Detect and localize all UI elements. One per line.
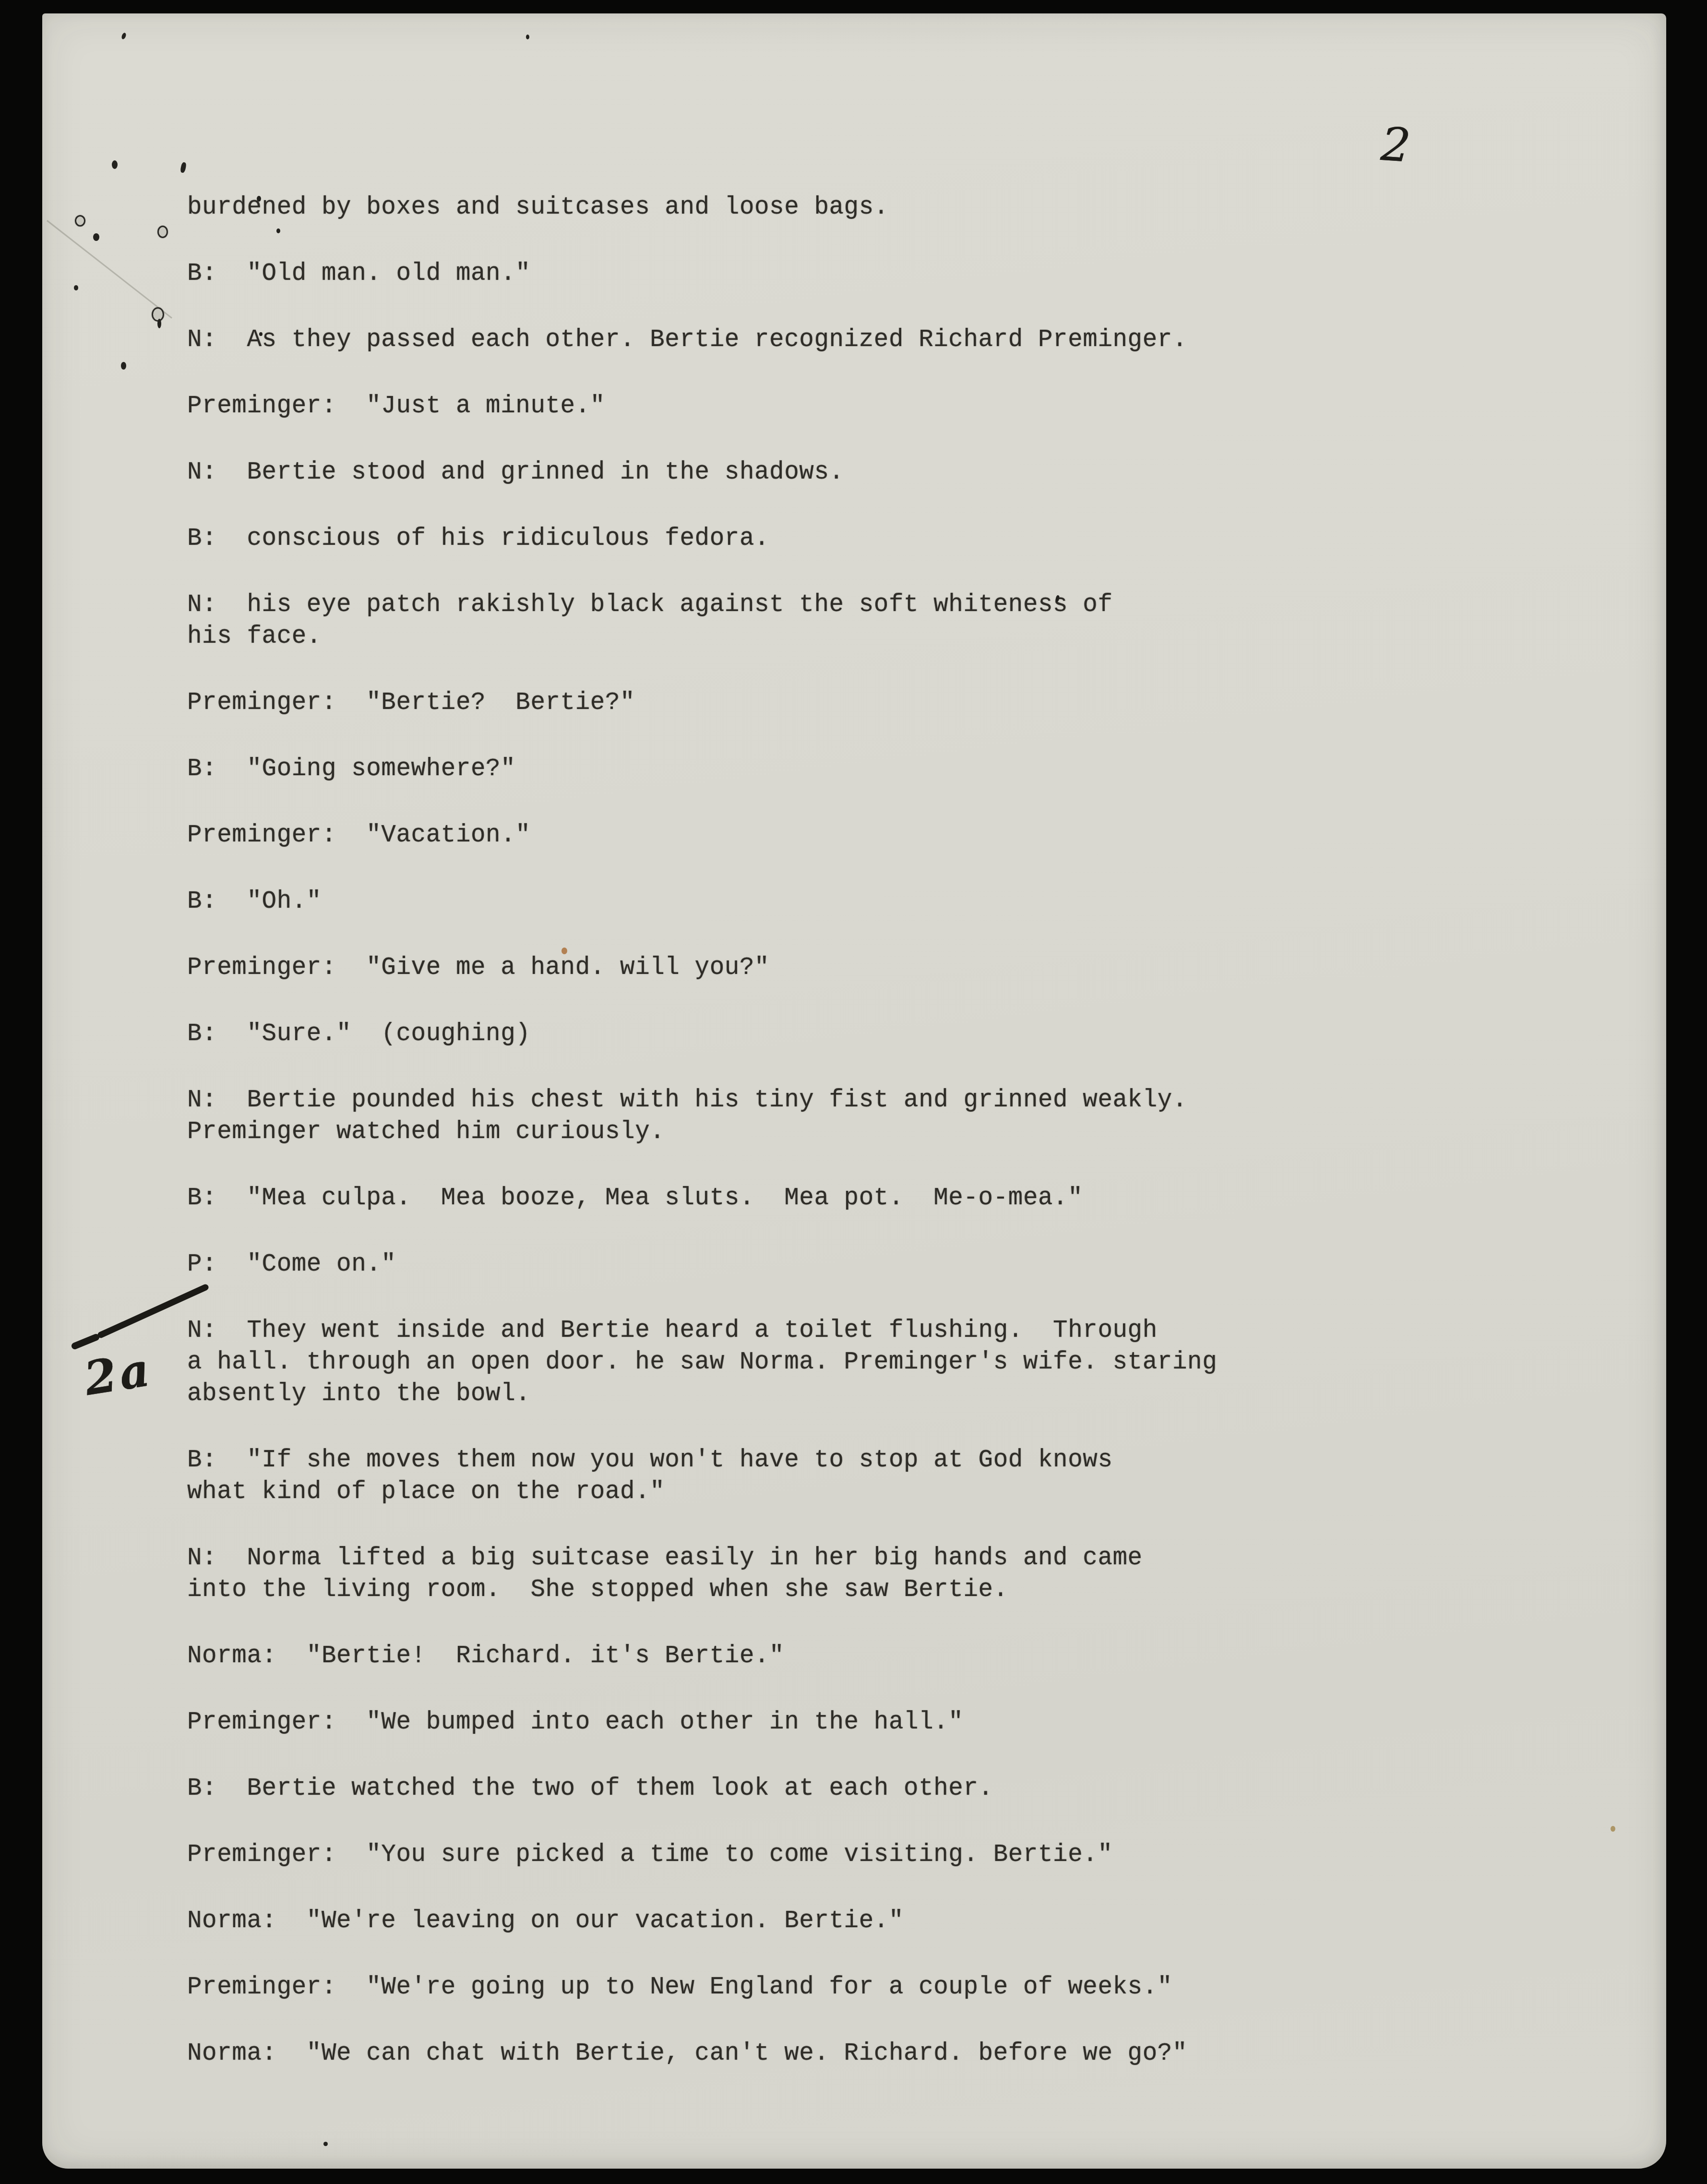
ink-speck	[112, 160, 118, 169]
paper-crease	[47, 220, 172, 319]
scanned-document: 2 burdened by boxes and suitcases and lo…	[0, 0, 1707, 2184]
ink-speck	[276, 228, 280, 233]
script-line: Preminger: "We bumped into each other in…	[187, 1707, 1569, 1739]
script-line: N: As they passed each other. Bertie rec…	[187, 324, 1569, 356]
script-line: Preminger: "Vacation."	[187, 820, 1569, 852]
paper-stain	[561, 948, 567, 954]
ink-speck	[157, 319, 161, 328]
script-line: N: Bertie stood and grinned in the shado…	[187, 457, 1569, 489]
script-line: B: "Oh."	[187, 886, 1569, 918]
handwritten-page-number: 2	[1379, 117, 1412, 173]
script-line: Norma: "We're leaving on our vacation. B…	[187, 1906, 1569, 1937]
script-line: N: Norma lifted a big suitcase easily in…	[187, 1543, 1569, 1606]
paper-stain	[1611, 1826, 1615, 1832]
script-line: Preminger: "Bertie? Bertie?"	[187, 687, 1569, 719]
ink-speck	[259, 332, 263, 336]
ink-speck	[75, 215, 85, 227]
script-line: B: "Old man. old man."	[187, 258, 1569, 290]
script-line: Norma: "Bertie! Richard. it's Bertie."	[187, 1641, 1569, 1672]
script-line: B: Bertie watched the two of them look a…	[187, 1773, 1569, 1805]
script-line: N: his eye patch rakishly black against …	[187, 589, 1569, 653]
script-line: Norma: "We can chat with Bertie, can't w…	[187, 2038, 1569, 2070]
ink-speck	[93, 233, 99, 241]
ink-speck	[323, 2142, 328, 2146]
script-line: B: "Mea culpa. Mea booze, Mea sluts. Mea…	[187, 1183, 1569, 1214]
ink-speck	[74, 285, 78, 290]
script-line: N: They went inside and Bertie heard a t…	[187, 1315, 1569, 1410]
ink-speck	[180, 162, 187, 173]
script-line: Preminger: "Just a minute."	[187, 391, 1569, 422]
ink-speck	[121, 362, 126, 370]
script-line: Preminger: "Give me a hand. will you?"	[187, 952, 1569, 984]
script-line: Preminger: "You sure picked a time to co…	[187, 1839, 1569, 1871]
script-line: B: "Going somewhere?"	[187, 754, 1569, 785]
script-line: B: conscious of his ridiculous fedora.	[187, 523, 1569, 555]
script-line: B: "If she moves them now you won't have…	[187, 1445, 1569, 1508]
script-line: B: "Sure." (coughing)	[187, 1019, 1569, 1050]
ink-speck	[157, 226, 168, 238]
document-page: 2 burdened by boxes and suitcases and lo…	[42, 13, 1666, 2169]
handwritten-margin-note: 2a	[81, 1342, 156, 1406]
script-line: Preminger: "We're going up to New Englan…	[187, 1972, 1569, 2004]
ink-speck	[526, 35, 529, 39]
typewritten-text: burdened by boxes and suitcases and loos…	[187, 192, 1569, 2104]
script-line: P: "Come on."	[187, 1249, 1569, 1281]
ink-speck	[257, 196, 261, 202]
script-line: N: Bertie pounded his chest with his tin…	[187, 1085, 1569, 1148]
script-line: burdened by boxes and suitcases and loos…	[187, 192, 1569, 224]
ink-speck	[121, 32, 127, 40]
